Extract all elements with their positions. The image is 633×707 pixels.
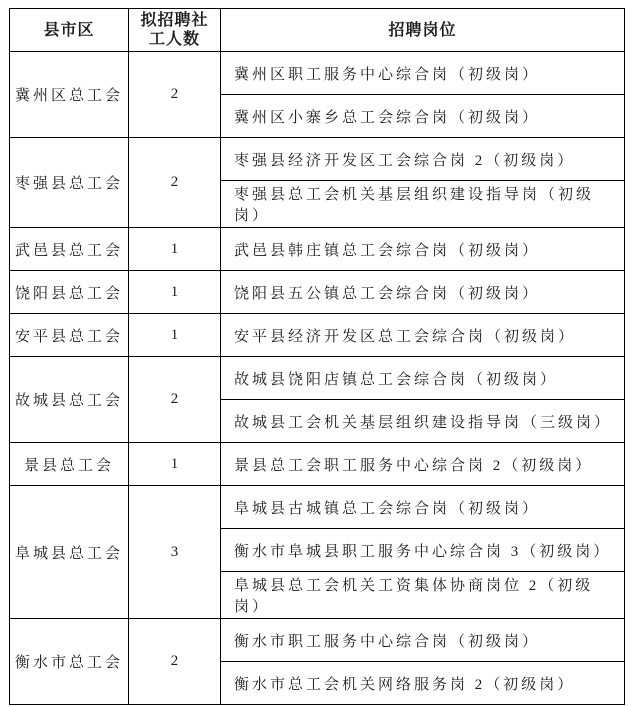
header-recruit-count: 拟招聘社工人数 (129, 9, 221, 52)
position-cell: 枣强县总工会机关基层组织建设指导岗（初级岗） (221, 181, 625, 228)
recruitment-table: 县市区 拟招聘社工人数 招聘岗位 冀州区总工会2冀州区职工服务中心综合岗（初级岗… (9, 8, 625, 705)
county-cell: 故城县总工会 (10, 357, 129, 443)
recruit-count-cell: 3 (129, 486, 221, 619)
county-cell: 武邑县总工会 (10, 228, 129, 271)
table-row: 枣强县总工会2枣强县经济开发区工会综合岗 2（初级岗） (10, 138, 625, 181)
county-cell: 冀州区总工会 (10, 52, 129, 138)
table-row: 衡水市总工会2衡水市职工服务中心综合岗（初级岗） (10, 619, 625, 662)
position-cell: 阜城县古城镇总工会综合岗（初级岗） (221, 486, 625, 529)
position-cell: 安平县经济开发区总工会综合岗（初级岗） (221, 314, 625, 357)
county-cell: 饶阳县总工会 (10, 271, 129, 314)
position-cell: 冀州区小寨乡总工会综合岗（初级岗） (221, 95, 625, 138)
recruit-count-cell: 2 (129, 357, 221, 443)
position-cell: 衡水市阜城县职工服务中心综合岗 3（初级岗） (221, 529, 625, 572)
recruit-count-cell: 2 (129, 52, 221, 138)
position-cell: 冀州区职工服务中心综合岗（初级岗） (221, 52, 625, 95)
position-cell: 故城县饶阳店镇总工会综合岗（初级岗） (221, 357, 625, 400)
table-row: 冀州区总工会2冀州区职工服务中心综合岗（初级岗） (10, 52, 625, 95)
recruit-count-cell: 1 (129, 271, 221, 314)
position-cell: 衡水市总工会机关网络服务岗 2（初级岗） (221, 662, 625, 705)
table-row: 武邑县总工会1武邑县韩庄镇总工会综合岗（初级岗） (10, 228, 625, 271)
county-cell: 枣强县总工会 (10, 138, 129, 228)
header-county: 县市区 (10, 9, 129, 52)
position-cell: 衡水市职工服务中心综合岗（初级岗） (221, 619, 625, 662)
recruit-count-cell: 2 (129, 138, 221, 228)
position-cell: 枣强县经济开发区工会综合岗 2（初级岗） (221, 138, 625, 181)
table-row: 阜城县总工会3阜城县古城镇总工会综合岗（初级岗） (10, 486, 625, 529)
recruit-count-cell: 1 (129, 228, 221, 271)
table-row: 景县总工会1景县总工会职工服务中心综合岗 2（初级岗） (10, 443, 625, 486)
table-row: 饶阳县总工会1饶阳县五公镇总工会综合岗（初级岗） (10, 271, 625, 314)
county-cell: 安平县总工会 (10, 314, 129, 357)
header-position: 招聘岗位 (221, 9, 625, 52)
position-cell: 饶阳县五公镇总工会综合岗（初级岗） (221, 271, 625, 314)
county-cell: 景县总工会 (10, 443, 129, 486)
header-row: 县市区 拟招聘社工人数 招聘岗位 (10, 9, 625, 52)
county-cell: 阜城县总工会 (10, 486, 129, 619)
recruit-count-cell: 1 (129, 314, 221, 357)
table-body: 冀州区总工会2冀州区职工服务中心综合岗（初级岗）冀州区小寨乡总工会综合岗（初级岗… (10, 52, 625, 705)
table-header: 县市区 拟招聘社工人数 招聘岗位 (10, 9, 625, 52)
page: 县市区 拟招聘社工人数 招聘岗位 冀州区总工会2冀州区职工服务中心综合岗（初级岗… (0, 0, 633, 707)
position-cell: 故城县工会机关基层组织建设指导岗（三级岗） (221, 400, 625, 443)
position-cell: 景县总工会职工服务中心综合岗 2（初级岗） (221, 443, 625, 486)
position-cell: 阜城县总工会机关工资集体协商岗位 2（初级岗） (221, 572, 625, 619)
position-cell: 武邑县韩庄镇总工会综合岗（初级岗） (221, 228, 625, 271)
county-cell: 衡水市总工会 (10, 619, 129, 705)
table-row: 安平县总工会1安平县经济开发区总工会综合岗（初级岗） (10, 314, 625, 357)
table-row: 故城县总工会2故城县饶阳店镇总工会综合岗（初级岗） (10, 357, 625, 400)
recruit-count-cell: 1 (129, 443, 221, 486)
recruit-count-cell: 2 (129, 619, 221, 705)
